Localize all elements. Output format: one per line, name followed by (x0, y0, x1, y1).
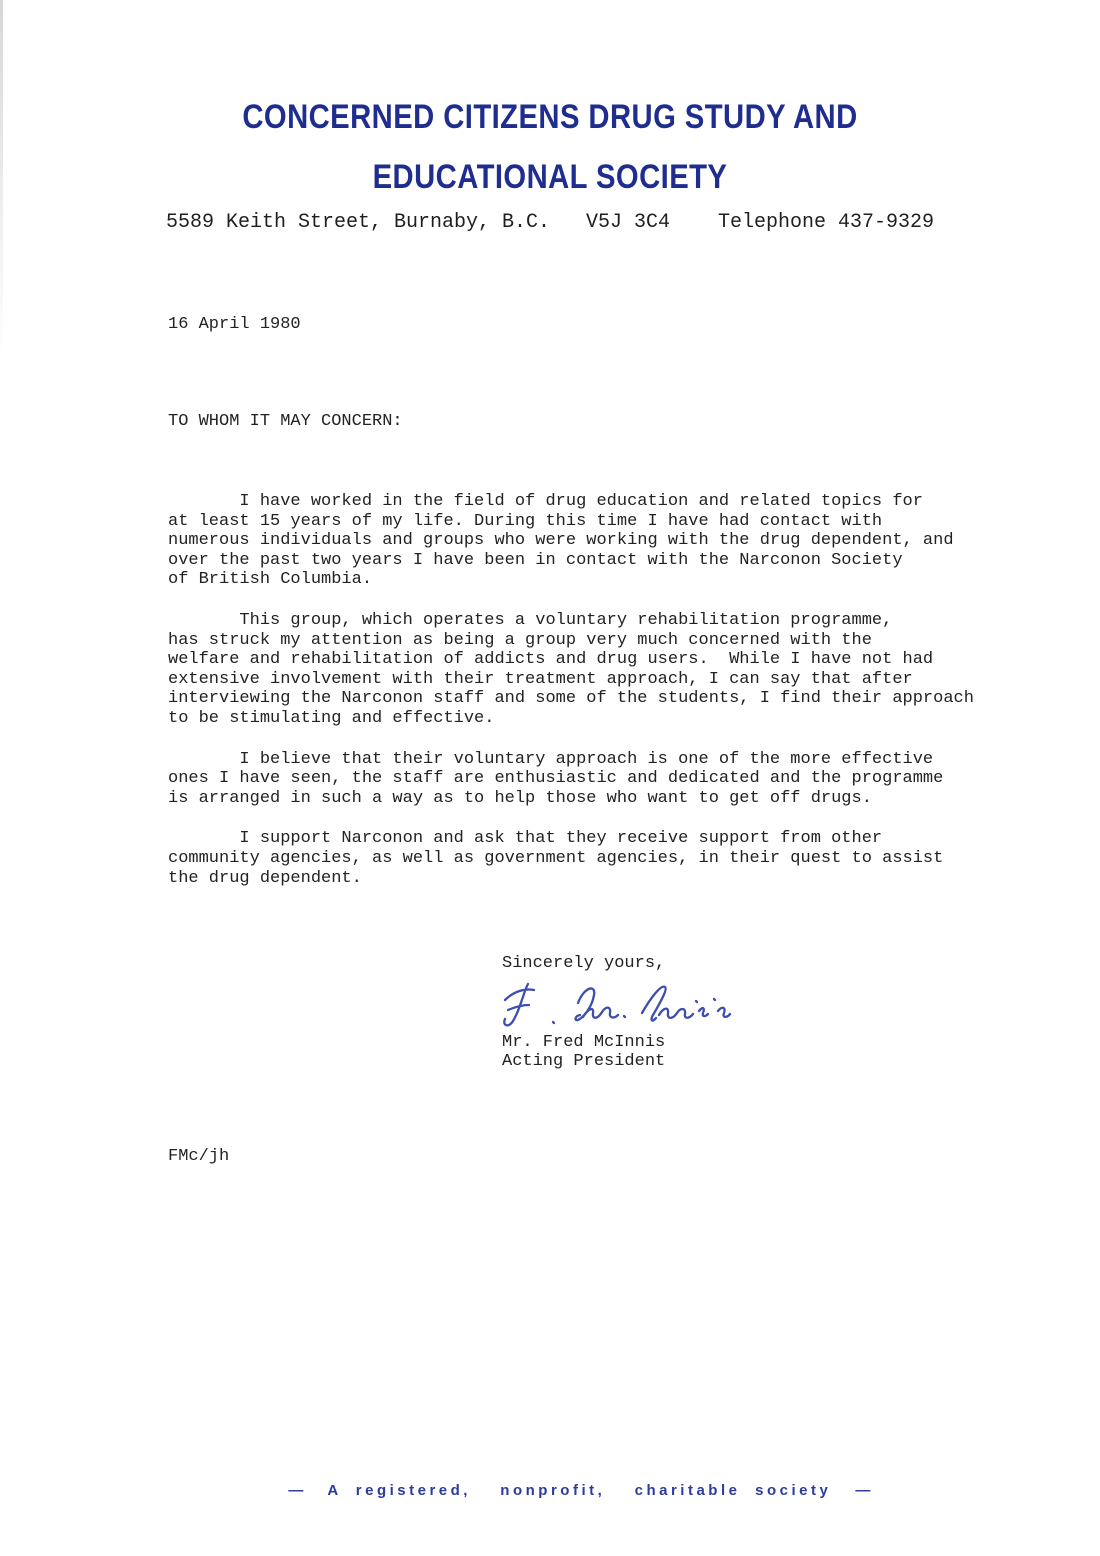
closing-block: Sincerely yours, (502, 954, 744, 1072)
paragraph-2: This group, which operates a voluntary r… (168, 611, 974, 729)
letter-page: CONCERNED CITIZENS DRUG STUDY AND EDUCAT… (0, 0, 1100, 1556)
paragraph-4: I support Narconon and ask that they rec… (168, 829, 974, 888)
org-name-line1: CONCERNED CITIZENS DRUG STUDY AND (77, 100, 1023, 134)
footer-dash-left: — (288, 1480, 303, 1501)
salutation: TO WHOM IT MAY CONCERN: (168, 412, 403, 432)
org-name-line2: EDUCATIONAL SOCIETY (77, 160, 1023, 194)
scan-edge-artifact (0, 0, 3, 360)
signature-fred-mcinnis-handwritten (492, 975, 744, 1033)
footer-tagline: —A registered, nonprofit, charitable soc… (0, 1459, 1100, 1522)
letterhead-address: 5589 Keith Street, Burnaby, B.C. V5J 3C4… (0, 211, 1100, 235)
signer-name: Mr. Fred McInnis (502, 1033, 744, 1053)
valediction: Sincerely yours, (502, 954, 744, 974)
footer-dash-right: — (855, 1480, 870, 1501)
reference-initials: FMc/jh (168, 1147, 229, 1167)
signature-icon (492, 975, 744, 1033)
paragraph-3: I believe that their voluntary approach … (168, 750, 974, 809)
paragraph-1: I have worked in the field of drug educa… (168, 492, 974, 590)
signer-title: Acting President (502, 1052, 744, 1072)
letter-body: I have worked in the field of drug educa… (168, 492, 974, 909)
footer-text: A registered, nonprofit, charitable soci… (327, 1482, 831, 1499)
letter-date: 16 April 1980 (168, 315, 301, 335)
